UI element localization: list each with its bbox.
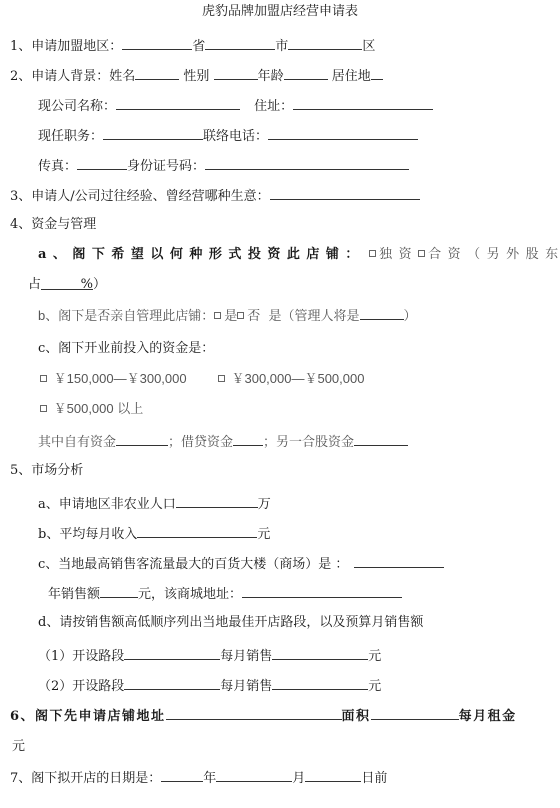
joint-venture-label: 合资 bbox=[428, 247, 467, 262]
age-label: 年龄 bbox=[258, 69, 284, 84]
capital-label: c、阁下开业前投入的资金是： bbox=[38, 341, 214, 356]
fax-field[interactable] bbox=[77, 156, 127, 170]
fax-label: 传真： bbox=[38, 159, 77, 174]
section-7-opening-date: 7、阁下拟开店的日期是：年月日前 bbox=[10, 768, 387, 786]
capital-option-2-label: ￥300,000—￥500,000 bbox=[231, 371, 364, 386]
investment-form-row: a、阁下希望以何种形式投资此店铺： 独资合资（另外股东是 bbox=[38, 246, 560, 264]
gender-label: 性别 bbox=[183, 69, 209, 84]
income-field[interactable] bbox=[137, 524, 257, 538]
population-row: a、申请地区非农业人口万 bbox=[38, 494, 271, 512]
self-manage-yes-checkbox[interactable] bbox=[214, 312, 221, 319]
share-row: 占%） bbox=[28, 276, 106, 294]
city-field[interactable] bbox=[205, 36, 275, 50]
manager-field[interactable] bbox=[360, 306, 404, 320]
city-label: 市 bbox=[275, 39, 288, 54]
gender-field[interactable] bbox=[214, 66, 258, 80]
share-field[interactable]: % bbox=[41, 276, 93, 290]
district-field[interactable] bbox=[288, 36, 362, 50]
manager-note: 是（管理人将是 bbox=[269, 309, 360, 324]
area-label: 面积 bbox=[342, 709, 371, 724]
id-number-label: 身份证号码： bbox=[127, 159, 205, 174]
province-field[interactable] bbox=[122, 36, 192, 50]
department-store-row: c、当地最高销售客流量最大的百货大楼（商场）是 ： bbox=[38, 554, 444, 572]
section-2-background: 2、申请人背景：姓名 性别 年龄 居住地 bbox=[10, 66, 383, 84]
name-field[interactable] bbox=[135, 66, 179, 80]
sole-proprietor-label: 独资 bbox=[379, 247, 418, 262]
annual-sales-field[interactable] bbox=[100, 584, 138, 598]
income-unit: 元 bbox=[257, 527, 270, 542]
position-field[interactable] bbox=[103, 126, 203, 140]
province-label: 省 bbox=[192, 39, 205, 54]
position-label: 现任职务： bbox=[38, 129, 103, 144]
day-field[interactable] bbox=[305, 768, 361, 782]
loan-funds-label: ；借贷资金 bbox=[168, 435, 233, 450]
district-label: 区 bbox=[362, 39, 375, 54]
share-prefix: 占 bbox=[28, 277, 41, 292]
day-label: 日前 bbox=[361, 771, 387, 786]
section-7-label: 7、阁下拟开店的日期是： bbox=[10, 771, 161, 786]
capital-options-row-2: ￥500,000 以上 bbox=[40, 400, 143, 418]
section-3-experience: 3、申请人/公司过往经验、曾经营哪种生意： bbox=[10, 186, 420, 204]
best-locations-row: d、请按销售额高低顺序列出当地最佳开店路段，以及预算月销售额 bbox=[38, 614, 423, 632]
section-4-label: 4、资金与管理 bbox=[10, 217, 96, 232]
mall-address-label: 元，该商城地址： bbox=[138, 587, 242, 602]
store-address-field[interactable] bbox=[166, 706, 342, 720]
yes-label: 是 bbox=[224, 309, 237, 324]
phone-label: 联络电话： bbox=[203, 129, 268, 144]
age-field[interactable] bbox=[284, 66, 328, 80]
month-field[interactable] bbox=[216, 768, 292, 782]
close-paren: ） bbox=[404, 309, 417, 324]
self-manage-label: b、阁下是否亲自管理此店铺： bbox=[38, 308, 214, 323]
percent-sign: % bbox=[81, 277, 93, 292]
best-locations-label: d、请按销售额高低顺序列出当地最佳开店路段，以及预算月销售额 bbox=[38, 615, 423, 630]
section-3-label: 3、申请人/公司过往经验、曾经营哪种生意： bbox=[10, 189, 270, 204]
rent-label: 每月租金 bbox=[459, 709, 517, 724]
own-funds-label: 其中自有资金 bbox=[38, 435, 116, 450]
annual-sales-row: 年销售额元，该商城地址： bbox=[48, 584, 402, 602]
rent-unit: 元 bbox=[12, 739, 25, 754]
capital-options-row-1: ￥150,000—￥300,000 ￥300,000—￥500,000 bbox=[40, 370, 364, 388]
department-store-field[interactable] bbox=[354, 554, 444, 568]
monthly-sales-2-field[interactable] bbox=[272, 676, 368, 690]
phone-field[interactable] bbox=[268, 126, 418, 140]
month-label: 月 bbox=[292, 771, 305, 786]
company-field[interactable] bbox=[116, 96, 240, 110]
section-5-label: 5、市场分析 bbox=[10, 463, 83, 478]
id-number-field[interactable] bbox=[205, 156, 409, 170]
area-field[interactable] bbox=[371, 706, 459, 720]
section-2-label: 2、申请人背景：姓名 bbox=[10, 69, 135, 84]
income-label: b、平均每月收入 bbox=[38, 527, 137, 542]
address-label: 住址： bbox=[254, 99, 293, 114]
fax-row: 传真：身份证号码： bbox=[38, 156, 409, 174]
population-label: a、申请地区非农业人口 bbox=[38, 497, 176, 512]
year-field[interactable] bbox=[161, 768, 203, 782]
income-row: b、平均每月收入元 bbox=[38, 524, 270, 542]
joint-venture-checkbox[interactable] bbox=[418, 250, 425, 257]
capital-option-3-checkbox[interactable] bbox=[40, 405, 47, 412]
capital-heading-row: c、阁下开业前投入的资金是： bbox=[38, 340, 214, 358]
location-1-label: （1）开设路段 bbox=[38, 649, 124, 664]
monthly-sales-2-label: 每月销售 bbox=[220, 679, 272, 694]
monthly-sales-1-label: 每月销售 bbox=[220, 649, 272, 664]
location-row-2: （2）开设路段每月销售元 bbox=[38, 676, 381, 694]
experience-field[interactable] bbox=[270, 186, 420, 200]
address-field[interactable] bbox=[293, 96, 433, 110]
monthly-sales-1-field[interactable] bbox=[272, 646, 368, 660]
company-row: 现公司名称： 住址： bbox=[38, 96, 433, 114]
location-1-field[interactable] bbox=[124, 646, 220, 660]
annual-sales-label: 年销售额 bbox=[48, 587, 100, 602]
partner-funds-field[interactable] bbox=[354, 432, 408, 446]
section-4-heading: 4、资金与管理 bbox=[10, 216, 96, 234]
partner-note: （另外股东是 bbox=[467, 247, 560, 262]
partner-funds-label: ；另一合股资金 bbox=[263, 435, 354, 450]
close-paren: ） bbox=[93, 277, 106, 292]
location-row-1: （1）开设路段每月销售元 bbox=[38, 646, 381, 664]
position-row: 现任职务：联络电话： bbox=[38, 126, 418, 144]
section-6-label: 6、阁下先申请店铺地址 bbox=[10, 709, 166, 724]
capital-option-2-checkbox[interactable] bbox=[218, 375, 225, 382]
section-1-region: 1、申请加盟地区：省市区 bbox=[10, 36, 375, 54]
residence-field[interactable] bbox=[371, 66, 383, 80]
self-manage-row: b、阁下是否亲自管理此店铺：是否 是（管理人将是） bbox=[38, 306, 417, 324]
funds-breakdown-row: 其中自有资金；借贷资金；另一合股资金 bbox=[38, 432, 408, 450]
population-field[interactable] bbox=[176, 494, 258, 508]
monthly-sales-1-unit: 元 bbox=[368, 649, 381, 664]
section-1-label: 1、申请加盟地区： bbox=[10, 39, 122, 54]
department-store-label: c、当地最高销售客流量最大的百货大楼（商场）是 ： bbox=[38, 557, 348, 572]
rent-unit-row: 元 bbox=[12, 738, 25, 756]
capital-option-1-label: ￥150,000—￥300,000 bbox=[54, 371, 187, 386]
page-title: 虎豹品牌加盟店经营申请表 bbox=[0, 3, 560, 21]
no-label: 否 bbox=[247, 309, 260, 324]
section-6-store: 6、阁下先申请店铺地址面积每月租金 bbox=[10, 706, 517, 724]
sole-proprietor-checkbox[interactable] bbox=[369, 250, 376, 257]
self-manage-no-checkbox[interactable] bbox=[237, 312, 244, 319]
loan-funds-field[interactable] bbox=[233, 432, 263, 446]
capital-option-1-checkbox[interactable] bbox=[40, 375, 47, 382]
section-5-heading: 5、市场分析 bbox=[10, 462, 83, 480]
mall-address-field[interactable] bbox=[242, 584, 402, 598]
location-2-field[interactable] bbox=[124, 676, 220, 690]
population-unit: 万 bbox=[258, 497, 271, 512]
company-label: 现公司名称： bbox=[38, 99, 116, 114]
capital-option-3-label: ￥500,000 以上 bbox=[54, 401, 144, 416]
monthly-sales-2-unit: 元 bbox=[368, 679, 381, 694]
investment-form-label: a、阁下希望以何种形式投资此店铺： bbox=[38, 247, 365, 262]
year-label: 年 bbox=[203, 771, 216, 786]
location-2-label: （2）开设路段 bbox=[38, 679, 124, 694]
residence-label: 居住地 bbox=[332, 69, 371, 84]
own-funds-field[interactable] bbox=[116, 432, 168, 446]
